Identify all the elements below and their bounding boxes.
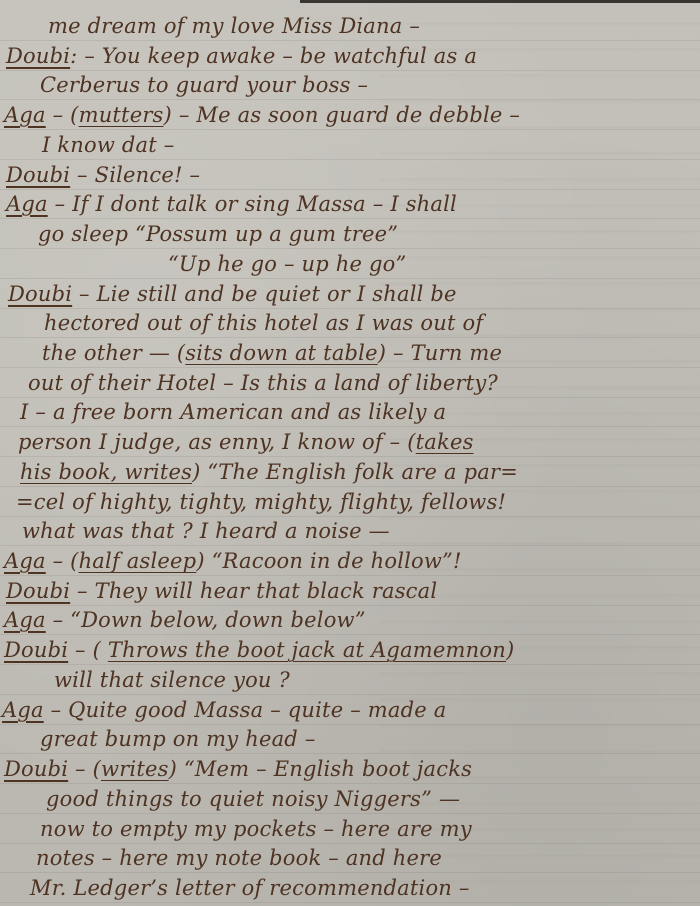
- stage-direction: writes: [101, 757, 169, 781]
- manuscript-line: Doubi – ( Throws the boot jack at Agamem…: [4, 638, 514, 662]
- dialogue-text: hectored out of this hotel as I was out …: [44, 311, 483, 335]
- manuscript-line: Aga – (mutters) – Me as soon guard de de…: [4, 103, 520, 127]
- stage-direction: takes: [416, 430, 474, 454]
- manuscript-line: hectored out of this hotel as I was out …: [44, 311, 483, 335]
- ruled-line: [0, 308, 700, 309]
- speaker-name: Doubi: [8, 282, 72, 306]
- dialogue-text: – (: [46, 549, 79, 573]
- speaker-name: Doubi: [4, 757, 68, 781]
- manuscript-line: Aga – “Down below, down below”: [4, 608, 366, 632]
- manuscript-line: go sleep “Possum up a gum tree”: [38, 222, 398, 246]
- speaker-name: Doubi: [6, 44, 70, 68]
- dialogue-text: – (: [68, 757, 101, 781]
- dialogue-text: ) “The English folk are a par=: [192, 460, 518, 484]
- manuscript-line: Aga – Quite good Massa – quite – made a: [2, 698, 446, 722]
- dialogue-text: what was that ? I heard a noise —: [22, 519, 390, 543]
- ruled-line: [0, 783, 700, 784]
- ruled-line: [0, 70, 700, 71]
- speaker-name: Aga: [4, 549, 46, 573]
- ruled-line: [0, 516, 700, 517]
- manuscript-line: what was that ? I heard a noise —: [22, 519, 390, 543]
- dialogue-text: ) “Mem – English boot jacks: [169, 757, 473, 781]
- speaker-name: Aga: [4, 103, 46, 127]
- dialogue-text: I know dat –: [42, 133, 175, 157]
- ruled-line: [0, 902, 700, 903]
- dialogue-text: =cel of highty, tighty, mighty, flighty,…: [16, 490, 506, 514]
- manuscript-line: Doubi – They will hear that black rascal: [6, 579, 437, 603]
- dialogue-text: great bump on my head –: [40, 727, 316, 751]
- page-top-edge: [300, 0, 700, 3]
- ruled-line: [0, 218, 700, 219]
- manuscript-line: Doubi – Lie still and be quiet or I shal…: [8, 282, 457, 306]
- ruled-line: [0, 486, 700, 487]
- manuscript-page: me dream of my love Miss Diana –Doubi: –…: [0, 0, 700, 906]
- ruled-line: [0, 872, 700, 873]
- manuscript-line: Aga – (half asleep) “Racoon in de hollow…: [4, 549, 462, 573]
- manuscript-line: me dream of my love Miss Diana –: [48, 14, 420, 38]
- ruled-line: [0, 248, 700, 249]
- dialogue-text: me dream of my love Miss Diana –: [48, 14, 420, 38]
- manuscript-line: Mr. Ledger’s letter of recommendation –: [30, 876, 470, 900]
- dialogue-text: – “Down below, down below”: [46, 608, 366, 632]
- dialogue-text: ): [506, 638, 514, 662]
- dialogue-text: ) – Turn me: [378, 341, 502, 365]
- ruled-line: [0, 337, 700, 338]
- ruled-line: [0, 664, 700, 665]
- dialogue-text: – If I dont talk or sing Massa – I shall: [48, 192, 457, 216]
- speaker-name: Aga: [6, 192, 48, 216]
- manuscript-line: notes – here my note book – and here: [36, 846, 442, 870]
- manuscript-line: now to empty my pockets – here are my: [40, 817, 472, 841]
- dialogue-text: will that silence you ?: [54, 668, 290, 692]
- speaker-name: Doubi: [6, 579, 70, 603]
- dialogue-text: – Quite good Massa – quite – made a: [44, 698, 447, 722]
- ruled-line: [0, 753, 700, 754]
- stage-direction: sits down at table: [185, 341, 377, 365]
- manuscript-line: I – a free born American and as likely a: [20, 400, 446, 424]
- speaker-name: Aga: [4, 608, 46, 632]
- ruled-line: [0, 605, 700, 606]
- ruled-line: [0, 634, 700, 635]
- ruled-line: [0, 40, 700, 41]
- manuscript-line: Doubi – Silence! –: [6, 163, 200, 187]
- manuscript-line: out of their Hotel – Is this a land of l…: [28, 371, 498, 395]
- stage-direction: Throws the boot jack at Agamemnon: [108, 638, 506, 662]
- dialogue-text: out of their Hotel – Is this a land of l…: [28, 371, 498, 395]
- speaker-name: Doubi: [4, 638, 68, 662]
- ruled-line: [0, 129, 700, 130]
- dialogue-text: – (: [68, 638, 108, 662]
- manuscript-line: person I judge, as enny, I know of – (ta…: [18, 430, 474, 454]
- dialogue-text: the other — (: [42, 341, 185, 365]
- ruled-line: [0, 813, 700, 814]
- dialogue-text: person I judge, as enny, I know of – (: [18, 430, 416, 454]
- dialogue-text: ) “Racoon in de hollow”!: [196, 549, 461, 573]
- manuscript-line: =cel of highty, tighty, mighty, flighty,…: [16, 490, 506, 514]
- manuscript-line: Doubi: – You keep awake – be watchful as…: [6, 44, 477, 68]
- stage-direction: mutters: [79, 103, 164, 127]
- ruled-line: [0, 99, 700, 100]
- dialogue-text: – Silence! –: [70, 163, 200, 187]
- dialogue-text: – They will hear that black rascal: [70, 579, 437, 603]
- ruled-line: [0, 278, 700, 279]
- manuscript-line: “Up he go – up he go”: [168, 252, 406, 276]
- dialogue-text: Cerberus to guard your boss –: [40, 73, 368, 97]
- dialogue-text: – (: [46, 103, 79, 127]
- ruled-line: [0, 456, 700, 457]
- ruled-line: [0, 397, 700, 398]
- ruled-line: [0, 575, 700, 576]
- ruled-line: [0, 724, 700, 725]
- manuscript-line: Doubi – (writes) “Mem – English boot jac…: [4, 757, 472, 781]
- manuscript-line: the other — (sits down at table) – Turn …: [42, 341, 502, 365]
- speaker-name: Aga: [2, 698, 44, 722]
- manuscript-line: Aga – If I dont talk or sing Massa – I s…: [6, 192, 457, 216]
- manuscript-line: will that silence you ?: [54, 668, 290, 692]
- dialogue-text: ) – Me as soon guard de debble –: [164, 103, 521, 127]
- ruled-line: [0, 694, 700, 695]
- stage-direction: half asleep: [79, 549, 197, 573]
- dialogue-text: “Up he go – up he go”: [168, 252, 406, 276]
- manuscript-line: Cerberus to guard your boss –: [40, 73, 368, 97]
- ruled-line: [0, 843, 700, 844]
- dialogue-text: I – a free born American and as likely a: [20, 400, 446, 424]
- ruled-line: [0, 426, 700, 427]
- ruled-line: [0, 159, 700, 160]
- manuscript-line: good things to quiet noisy Niggers” —: [46, 787, 460, 811]
- stage-direction: his book, writes: [20, 460, 192, 484]
- ruled-line: [0, 189, 700, 190]
- ruled-line: [0, 545, 700, 546]
- manuscript-line: great bump on my head –: [40, 727, 316, 751]
- ruled-line: [0, 367, 700, 368]
- dialogue-text: : – You keep awake – be watchful as a: [70, 44, 477, 68]
- dialogue-text: – Lie still and be quiet or I shall be: [72, 282, 457, 306]
- dialogue-text: go sleep “Possum up a gum tree”: [38, 222, 398, 246]
- speaker-name: Doubi: [6, 163, 70, 187]
- manuscript-line: I know dat –: [42, 133, 175, 157]
- manuscript-line: his book, writes) “The English folk are …: [20, 460, 518, 484]
